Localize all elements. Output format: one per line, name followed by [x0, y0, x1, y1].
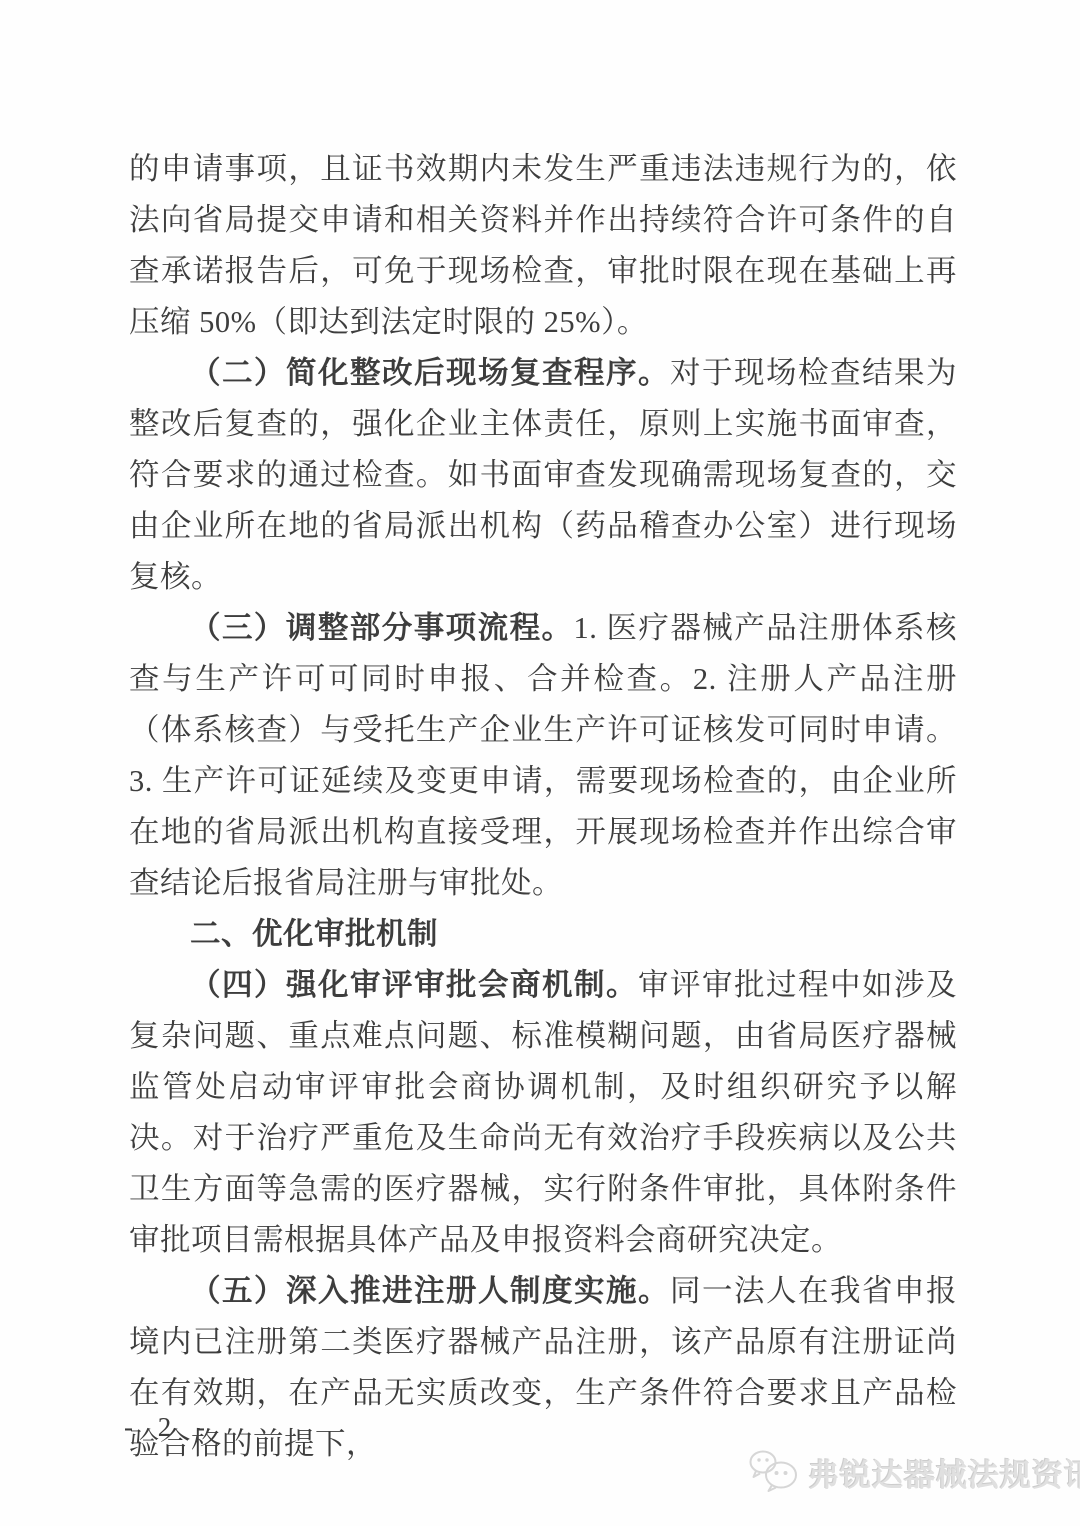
paragraph: （三）调整部分事项流程。1. 医疗器械产品注册体系核查与生产许可可同时申报、合并… [129, 603, 957, 909]
paragraph: （四）强化审评审批会商机制。审评审批过程中如涉及复杂问题、重点难点问题、标准模糊… [129, 960, 957, 1266]
document-body: 的申请事项，且证书效期内未发生严重违法违规行为的，依法向省局提交申请和相关资料并… [129, 144, 957, 1470]
paragraph-text: 的申请事项，且证书效期内未发生严重违法违规行为的，依法向省局提交申请和相关资料并… [129, 152, 957, 339]
paragraph-text: 1. 医疗器械产品注册体系核查与生产许可可同时申报、合并检查。2. 注册人产品注… [129, 611, 957, 900]
paragraph-lead-bold: （五）深入推进注册人制度实施。 [190, 1274, 670, 1308]
paragraph-text: 对于现场检查结果为整改后复查的，强化企业主体责任，原则上实施书面审查，符合要求的… [129, 356, 957, 594]
page-number: - 2 - [124, 1412, 214, 1443]
paragraph-lead-bold: （四）强化审评审批会商机制。 [190, 968, 638, 1002]
paragraph-lead-bold: （三）调整部分事项流程。 [190, 611, 573, 645]
watermark: 弗锐达器械法规资讯 [748, 1448, 1080, 1496]
section-heading: 二、优化审批机制 [129, 909, 957, 960]
watermark-text: 弗锐达器械法规资讯 [808, 1450, 1080, 1495]
paragraph-lead-bold: 二、优化审批机制 [190, 917, 438, 951]
paragraph: （二）简化整改后现场复查程序。对于现场检查结果为整改后复查的，强化企业主体责任，… [129, 348, 957, 603]
paragraph: （五）深入推进注册人制度实施。同一法人在我省申报境内已注册第二类医疗器械产品注册… [129, 1266, 957, 1470]
paragraph-lead-bold: （二）简化整改后现场复查程序。 [190, 356, 670, 390]
wechat-icon [748, 1448, 800, 1496]
document-page: 的申请事项，且证书效期内未发生严重违法违规行为的，依法向省局提交申请和相关资料并… [0, 0, 1080, 1526]
paragraph-text: 审评审批过程中如涉及复杂问题、重点难点问题、标准模糊问题，由省局医疗器械监管处启… [129, 968, 957, 1257]
paragraph: 的申请事项，且证书效期内未发生严重违法违规行为的，依法向省局提交申请和相关资料并… [129, 144, 957, 348]
